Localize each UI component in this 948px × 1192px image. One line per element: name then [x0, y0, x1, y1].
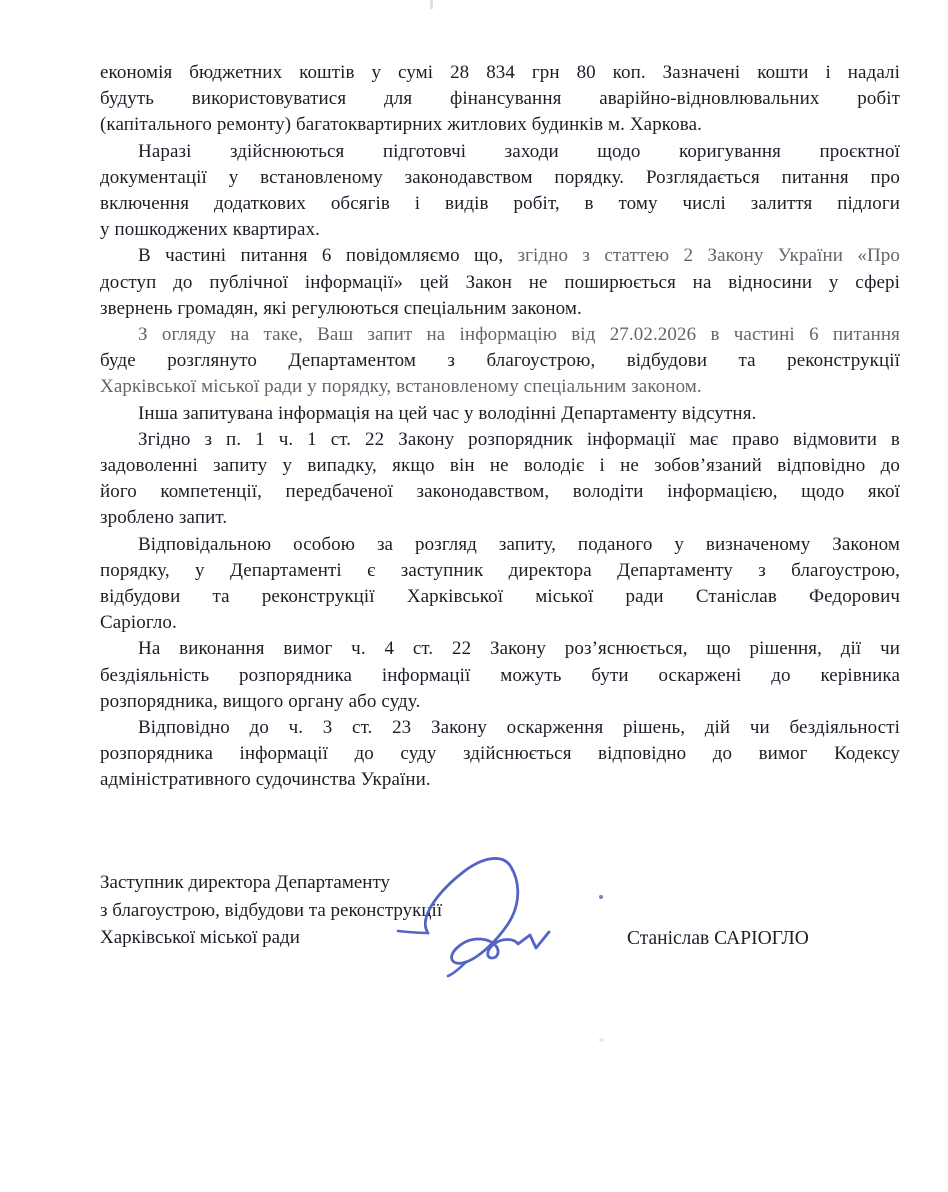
text-line: бездіяльність розпорядника інформації мо…	[100, 663, 900, 689]
text-line: зроблено запит.	[100, 505, 900, 531]
text-line-segment: його компетенції, передбаченої законодав…	[100, 481, 900, 502]
text-line-segment: На виконання вимог ч. 4 ст. 22 Закону ро…	[138, 638, 900, 659]
text-line: звернень громадян, які регулюються спеці…	[100, 296, 900, 322]
text-line: Наразі здійснюються підготовчі заходи що…	[100, 139, 900, 165]
text-line: В частині питання 6 повідомляємо що, згі…	[100, 243, 900, 269]
text-line-segment: зроблено запит.	[100, 507, 227, 528]
text-line-segment: розпорядника, вищого органу або суду.	[100, 691, 420, 712]
text-line: Відповідно до ч. 3 ст. 23 Закону оскарже…	[100, 715, 900, 741]
text-line-segment: будуть використовуватися для фінансуванн…	[100, 88, 900, 109]
text-line-segment: Згідно з п. 1 ч. 1 ст. 22 Закону розпоря…	[138, 429, 900, 450]
text-line: економія бюджетних коштів у сумі 28 834 …	[100, 60, 900, 86]
text-line: Відповідальною особою за розгляд запиту,…	[100, 532, 900, 558]
text-line-segment: Харківської міської ради у порядку, вста…	[100, 376, 702, 397]
text-line: включення додаткових обсягів і видів роб…	[100, 191, 900, 217]
text-line: доступ до публічної інформації» цей Зако…	[100, 270, 900, 296]
text-line: Харківської міської ради у порядку, вста…	[100, 374, 900, 400]
text-line: (капітального ремонту) багатоквартирних …	[100, 112, 900, 138]
text-line-segment: включення додаткових обсягів і видів роб…	[100, 193, 900, 214]
text-line: Інша запитувана інформація на цей час у …	[100, 401, 900, 427]
text-line: З огляду на таке, Ваш запит на інформаці…	[100, 322, 900, 348]
handwritten-signature-icon	[390, 840, 590, 990]
scan-artifact-smudge	[599, 1038, 604, 1042]
text-line-segment: розпорядника інформації до суду здійснює…	[100, 743, 900, 764]
text-line-segment: згідно з статтею 2 Закону України «Про	[518, 245, 900, 266]
scan-artifact-ink-dot	[599, 895, 603, 899]
text-line: Саріогло.	[100, 610, 900, 636]
text-line-segment: Відповідно до ч. 3 ст. 23 Закону оскарже…	[138, 717, 900, 738]
text-line: буде розглянуто Департаментом з благоуст…	[100, 348, 900, 374]
text-line-segment: економія бюджетних коштів у сумі 28 834 …	[100, 62, 900, 83]
text-line-segment: відбудови та реконструкції Харківської м…	[100, 586, 900, 607]
scan-artifact-top-tick	[430, 0, 433, 9]
text-line: задоволенні запиту у випадку, якщо він н…	[100, 453, 900, 479]
text-line-segment: у пошкоджених квартирах.	[100, 219, 320, 240]
text-line-segment: бездіяльність розпорядника інформації мо…	[100, 665, 900, 686]
text-line: документації у встановленому законодавст…	[100, 165, 900, 191]
text-line: порядку, у Департаменті є заступник дире…	[100, 558, 900, 584]
text-line: його компетенції, передбаченої законодав…	[100, 479, 900, 505]
text-line: На виконання вимог ч. 4 ст. 22 Закону ро…	[100, 636, 900, 662]
text-line-segment: задоволенні запиту у випадку, якщо він н…	[100, 455, 900, 476]
text-line: будуть використовуватися для фінансуванн…	[100, 86, 900, 112]
text-line: у пошкоджених квартирах.	[100, 217, 900, 243]
text-line-segment: звернень громадян, які регулюються спеці…	[100, 298, 582, 319]
text-line-segment: Саріогло.	[100, 612, 177, 633]
text-line-segment: В частині питання 6 повідомляємо що,	[138, 245, 518, 266]
text-line-segment: документації у встановленому законодавст…	[100, 167, 900, 188]
text-line-segment: адміністративного судочинства України.	[100, 769, 431, 790]
text-line-segment: (капітального ремонту) багатоквартирних …	[100, 114, 702, 135]
text-line: адміністративного судочинства України.	[100, 767, 900, 793]
text-line: розпорядника інформації до суду здійснює…	[100, 741, 900, 767]
text-line-segment: доступ до публічної інформації» цей Зако…	[100, 272, 900, 293]
text-line-segment: буде розглянуто Департаментом з благоуст…	[100, 350, 900, 371]
text-line-segment: Інша запитувана інформація на цей час у …	[138, 403, 756, 424]
text-line-segment: Відповідальною особою за розгляд запиту,…	[138, 534, 900, 555]
document-body: економія бюджетних коштів у сумі 28 834 …	[100, 60, 900, 794]
text-line: Згідно з п. 1 ч. 1 ст. 22 Закону розпоря…	[100, 427, 900, 453]
text-line-segment: З огляду на таке, Ваш запит на інформаці…	[138, 324, 900, 345]
scanned-letter-page: економія бюджетних коштів у сумі 28 834 …	[0, 0, 948, 1192]
text-line-segment: порядку, у Департаменті є заступник дире…	[100, 560, 900, 581]
text-line: розпорядника, вищого органу або суду.	[100, 689, 900, 715]
signer-name: Станіслав САРІОГЛО	[627, 928, 809, 950]
text-line-segment: Наразі здійснюються підготовчі заходи що…	[138, 141, 900, 162]
text-line: відбудови та реконструкції Харківської м…	[100, 584, 900, 610]
